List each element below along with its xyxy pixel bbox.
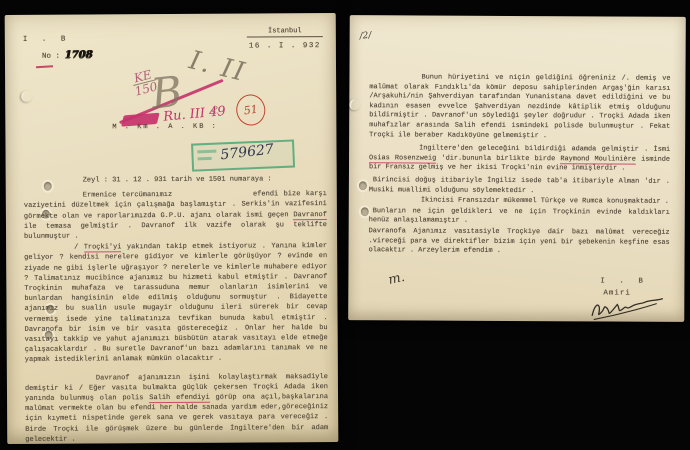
red-underlined-name: Davranof (293, 211, 327, 220)
red-underlined-name: Osias Rosenzweig (369, 154, 436, 163)
text-segment: Ermenice tercümanımız efendi bize karşı … (24, 190, 327, 220)
archive-stamp: 579627 (191, 139, 295, 171)
paragraph: İkincisi Fransızdır mükemmel Türkçe ve R… (369, 196, 670, 207)
page-number: /2/ (359, 31, 372, 42)
hole-punch (357, 179, 369, 192)
department-code: I . B (23, 36, 71, 44)
paragraph: İngiltere'den geleceğini bildirdiği adam… (369, 144, 670, 174)
paragraph: Birincisi doğuş itibariyle İngiliz isede… (369, 176, 670, 197)
text-segment: / (74, 244, 84, 252)
red-underlined-name: Raymond Moulinière (560, 155, 636, 164)
stamp-small-text (197, 150, 216, 154)
letter-body: Bunun hüriyetini ve niçin geldiğini öğre… (369, 73, 671, 257)
paragraph: Bunların ne için geldikleri ve ne için T… (369, 207, 670, 228)
number-label: No : (42, 53, 60, 61)
paragraph: Davranof ajanımızın işini kolaylaştırmak… (25, 372, 328, 445)
paper-curl (348, 98, 362, 112)
text-segment: yakından takip etmek istiyoruz . Yanına … (24, 242, 328, 364)
text-segment: ile temasa gelmiştir . Davranof ilk vazi… (24, 221, 327, 241)
red-underlined-name: Troçki'yi (84, 244, 122, 253)
document-page-2: /2/ Bunun hüriyetini ve niçin geldiğini … (348, 15, 686, 322)
document-date: 16 . I . 932 (249, 42, 321, 50)
subject-line: Zeyl : 31 . 12 . 931 tarih ve 1501 numar… (83, 174, 327, 186)
reference-line: M . Km . A . KB : (112, 123, 217, 132)
paragraph: Bunun hüriyetini ve niçin geldiğini öğre… (369, 73, 670, 142)
handwritten-signature (586, 295, 672, 323)
stamp-small-text (198, 157, 212, 161)
signature-department: I . B (600, 277, 648, 285)
circled-number-value: 51 (243, 103, 259, 118)
stamp-number: 579627 (220, 141, 275, 163)
text-segment: İngiltere'den geleceğini bildirdiği adam… (419, 145, 670, 154)
red-underlined-name: Salih efendiyi (149, 394, 210, 403)
document-page-1: I . B No : 1708 İstanbul 16 . I . 932 KE… (5, 13, 339, 444)
document-number-line: No : 1708 (42, 49, 92, 60)
red-pen-dash (36, 65, 53, 68)
text-segment: 'dir.bununla birlikte birde (436, 154, 560, 163)
handwritten-initial: m. (387, 270, 406, 288)
paragraph: / Troçki'yi yakından takip etmek istiyor… (24, 241, 328, 365)
circled-number: 51 (234, 93, 267, 128)
paragraph: Ermenice tercümanımız efendi bize karşı … (24, 189, 327, 242)
photo-background: I . B No : 1708 İstanbul 16 . I . 932 KE… (0, 0, 690, 450)
document-number-value: 1708 (64, 49, 92, 60)
pencil-roman-numerals: I. II (187, 47, 249, 86)
place-name: İstanbul (247, 27, 323, 37)
paragraph: Davranofa Ajanımız vasıtasiyle Troçkiye … (369, 227, 670, 257)
letter-body: Zeyl : 31 . 12 . 931 tarih ve 1501 numar… (24, 174, 329, 445)
paper-curl (20, 90, 33, 103)
